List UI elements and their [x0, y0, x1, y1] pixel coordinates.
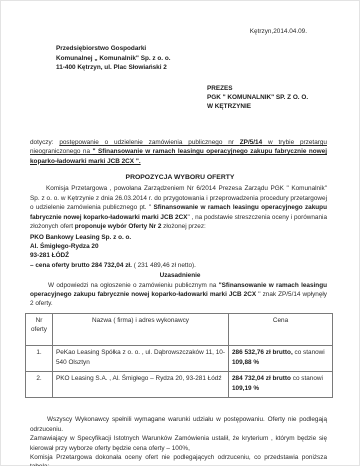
selected-offer-bold: proponuje wybór Oferty Nr 2 — [75, 223, 162, 230]
closing-paragraph: Komisja Przetargowa dokonała oceny ofert… — [30, 453, 327, 466]
header-contractor-name: Nazwa ( firma) i adres wykonawcy — [53, 313, 229, 345]
regarding-label: dotyczy: — [30, 139, 53, 146]
table-header-row: Nr oferty Nazwa ( firma) i adres wykonaw… — [26, 313, 333, 345]
recipient-block: PREZES PGK " KOMUNALNIK" SP. Z O. O. W K… — [207, 84, 360, 112]
contractor-name: PKO Leasing S.A. , Al. Śmigłego – Rydza … — [53, 372, 229, 398]
page-title: PROPOZYCJA WYBORU OFERTY — [0, 173, 360, 182]
winner-address-block: PKO Bankowy Leasing Sp. z o. o. Al. Śmig… — [30, 233, 327, 261]
recipient-line: W KĘTRZYNIE — [207, 102, 360, 111]
offer-price-net: ( 231 489,46 zł netto). — [132, 262, 196, 269]
justification-paragraph: W odpowiedzi na ogłoszenie o zamówieniu … — [30, 281, 327, 309]
document-date: Kętrzyn,2014.04.09. — [0, 0, 360, 36]
justification-text: W odpowiedzi na ogłoszenie o zamówieniu … — [48, 282, 219, 289]
sender-line: 11-400 Kętrzyn, ul. Plac Słowiański 2 — [56, 63, 360, 72]
offer-price-line: – cena oferty brutto 284 732,04 zł. ( 23… — [30, 261, 327, 270]
header-price: Cena — [229, 313, 333, 345]
table-row: 2. PKO Leasing S.A. , Al. Śmigłego – Ryd… — [26, 372, 333, 398]
intro-paragraph: Komisja Przetargowa , powołana Zarządzen… — [30, 184, 327, 231]
case-number: ZP/5/14 — [240, 139, 262, 146]
table-row: 1. PeKao Leasing Spółka z o. o. , ul. Dą… — [26, 345, 333, 371]
price-gross: 286 532,76 zł brutto, — [232, 349, 293, 356]
price-percent: 109,19 % — [232, 385, 259, 392]
recipient-line: PREZES — [207, 84, 360, 93]
offer-number: 2. — [26, 372, 53, 398]
offers-table: Nr oferty Nazwa ( firma) i adres wykonaw… — [25, 313, 333, 399]
justification-heading: Uzasadnienie — [0, 271, 360, 280]
winner-street: Al. Śmigłego-Rydza 20 — [30, 242, 327, 251]
closing-paragraph: Wszyscy Wykonawcy spełnili wymagane waru… — [30, 415, 327, 434]
offer-number: 1. — [26, 345, 53, 371]
sender-line: Przedsiębiorstwo Gospodarki — [56, 44, 360, 53]
offer-price-cell: 284 732,04 zł brutto co stanowi 109,19 % — [229, 372, 333, 398]
price-gross: 284 732,04 zł brutto — [232, 375, 291, 382]
closing-section: Wszyscy Wykonawcy spełnili wymagane waru… — [30, 415, 327, 466]
sender-address-block: Przedsiębiorstwo Gospodarki Komunalnej „… — [56, 44, 360, 72]
price-text: co stanowi — [293, 349, 325, 356]
intro-text: złożonej przez: — [161, 223, 205, 230]
offer-price-gross: – cena oferty brutto 284 732,04 zł. — [30, 262, 132, 269]
winner-company-name: PKO Bankowy Leasing Sp. z o. o. — [30, 233, 327, 242]
price-text: co stanowi — [291, 375, 323, 382]
closing-paragraph: Zamawiający w Specyfikacji Istotnych War… — [30, 434, 327, 453]
document-page: Kętrzyn,2014.04.09. Przedsiębiorstwo Gos… — [0, 0, 360, 466]
contractor-name: PeKao Leasing Spółka z o. o. , ul. Dąbro… — [53, 345, 229, 371]
header-offer-number: Nr oferty — [26, 313, 53, 345]
sender-line: Komunalnej „ Komunalnik" Sp. z o. o. — [56, 54, 360, 63]
regarding-paragraph: dotyczy: postępowanie o udzielenie zamów… — [30, 138, 327, 166]
offer-price-cell: 286 532,76 zł brutto, co stanowi 109,88 … — [229, 345, 333, 371]
winner-city: 93-281 ŁÓDŹ — [30, 251, 327, 260]
price-percent: 109,88 % — [232, 359, 259, 366]
recipient-line: PGK " KOMUNALNIK" SP. Z O. O. — [207, 93, 360, 102]
regarding-text: postępowanie o udzielenie zamówienia pub… — [59, 139, 239, 146]
